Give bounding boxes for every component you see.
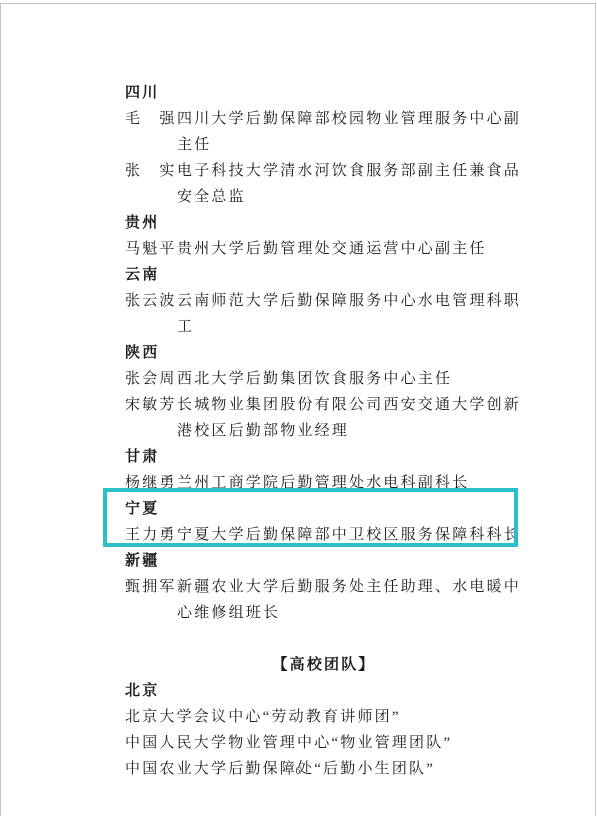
person-title: 四川大学后勤保障部校园物业管理服务中心副主任 — [177, 106, 523, 158]
person-title: 电子科技大学清水河饮食服务部副主任兼食品安全总监 — [177, 158, 523, 210]
person-title: 西北大学后勤集团饮食服务中心主任 — [177, 366, 523, 392]
roster-entry: 马魁平贵州大学后勤管理处交通运营中心副主任 — [125, 236, 523, 262]
province-section: 陕西张会周西北大学后勤集团饮食服务中心主任宋敏芳长城物业集团股份有限公司西安交通… — [125, 340, 523, 444]
person-title: 新疆农业大学后勤服务处主任助理、水电暖中心维修组班长 — [177, 574, 523, 626]
roster-entry: 杨继勇兰州工商学院后勤管理处水电科副科长 — [125, 470, 523, 496]
province-heading: 四川 — [125, 80, 523, 106]
person-title: 贵州大学后勤管理处交通运营中心副主任 — [177, 236, 523, 262]
team-heading: 【高校团队】 — [125, 652, 523, 678]
person-name: 宋敏芳 — [125, 392, 177, 444]
page-number: 6 — [1, 766, 595, 777]
person-name: 张云波 — [125, 288, 177, 340]
document-viewport: 四川毛 强四川大学后勤保障部校园物业管理服务中心副主任张 实电子科技大学清水河饮… — [0, 0, 597, 816]
person-name: 马魁平 — [125, 236, 177, 262]
roster-entry: 张云波云南师范大学后勤保障服务中心水电管理科职工 — [125, 288, 523, 340]
person-title: 长城物业集团股份有限公司西安交通大学创新港校区后勤部物业经理 — [177, 392, 523, 444]
team-item: 北京大学会议中心“劳动教育讲师团” — [125, 704, 523, 730]
person-title: 云南师范大学后勤保障服务中心水电管理科职工 — [177, 288, 523, 340]
province-section: 新疆甄拥军新疆农业大学后勤服务处主任助理、水电暖中心维修组班长 — [125, 548, 523, 626]
roster-entry: 张会周西北大学后勤集团饮食服务中心主任 — [125, 366, 523, 392]
roster-entry: 王力勇宁夏大学后勤保障部中卫校区服务保障科科长 — [125, 522, 523, 548]
roster-entry: 张 实电子科技大学清水河饮食服务部副主任兼食品安全总监 — [125, 158, 523, 210]
individual-roster: 四川毛 强四川大学后勤保障部校园物业管理服务中心副主任张 实电子科技大学清水河饮… — [125, 80, 523, 626]
person-name: 张会周 — [125, 366, 177, 392]
province-section: 贵州马魁平贵州大学后勤管理处交通运营中心副主任 — [125, 210, 523, 262]
roster-entry: 毛 强四川大学后勤保障部校园物业管理服务中心副主任 — [125, 106, 523, 158]
person-title: 宁夏大学后勤保障部中卫校区服务保障科科长 — [177, 522, 523, 548]
province-section: 四川毛 强四川大学后勤保障部校园物业管理服务中心副主任张 实电子科技大学清水河饮… — [125, 80, 523, 210]
province-section: 宁夏王力勇宁夏大学后勤保障部中卫校区服务保障科科长 — [125, 496, 523, 548]
province-heading: 甘肃 — [125, 444, 523, 470]
province-heading: 新疆 — [125, 548, 523, 574]
person-title: 兰州工商学院后勤管理处水电科副科长 — [177, 470, 523, 496]
roster-entry: 宋敏芳长城物业集团股份有限公司西安交通大学创新港校区后勤部物业经理 — [125, 392, 523, 444]
person-name: 甄拥军 — [125, 574, 177, 626]
person-name: 张 实 — [125, 158, 177, 210]
person-name: 毛 强 — [125, 106, 177, 158]
province-section: 甘肃杨继勇兰州工商学院后勤管理处水电科副科长 — [125, 444, 523, 496]
person-name: 杨继勇 — [125, 470, 177, 496]
province-heading: 云南 — [125, 262, 523, 288]
province-heading: 陕西 — [125, 340, 523, 366]
person-name: 王力勇 — [125, 522, 177, 548]
province-section: 云南张云波云南师范大学后勤保障服务中心水电管理科职工 — [125, 262, 523, 340]
province-heading: 北京 — [125, 678, 523, 704]
province-heading: 贵州 — [125, 210, 523, 236]
province-heading: 宁夏 — [125, 496, 523, 522]
team-item: 中国人民大学物业管理中心“物业管理团队” — [125, 730, 523, 756]
document-page: 四川毛 强四川大学后勤保障部校园物业管理服务中心副主任张 实电子科技大学清水河饮… — [0, 3, 596, 816]
roster-entry: 甄拥军新疆农业大学后勤服务处主任助理、水电暖中心维修组班长 — [125, 574, 523, 626]
page-content: 四川毛 强四川大学后勤保障部校园物业管理服务中心副主任张 实电子科技大学清水河饮… — [125, 80, 523, 782]
